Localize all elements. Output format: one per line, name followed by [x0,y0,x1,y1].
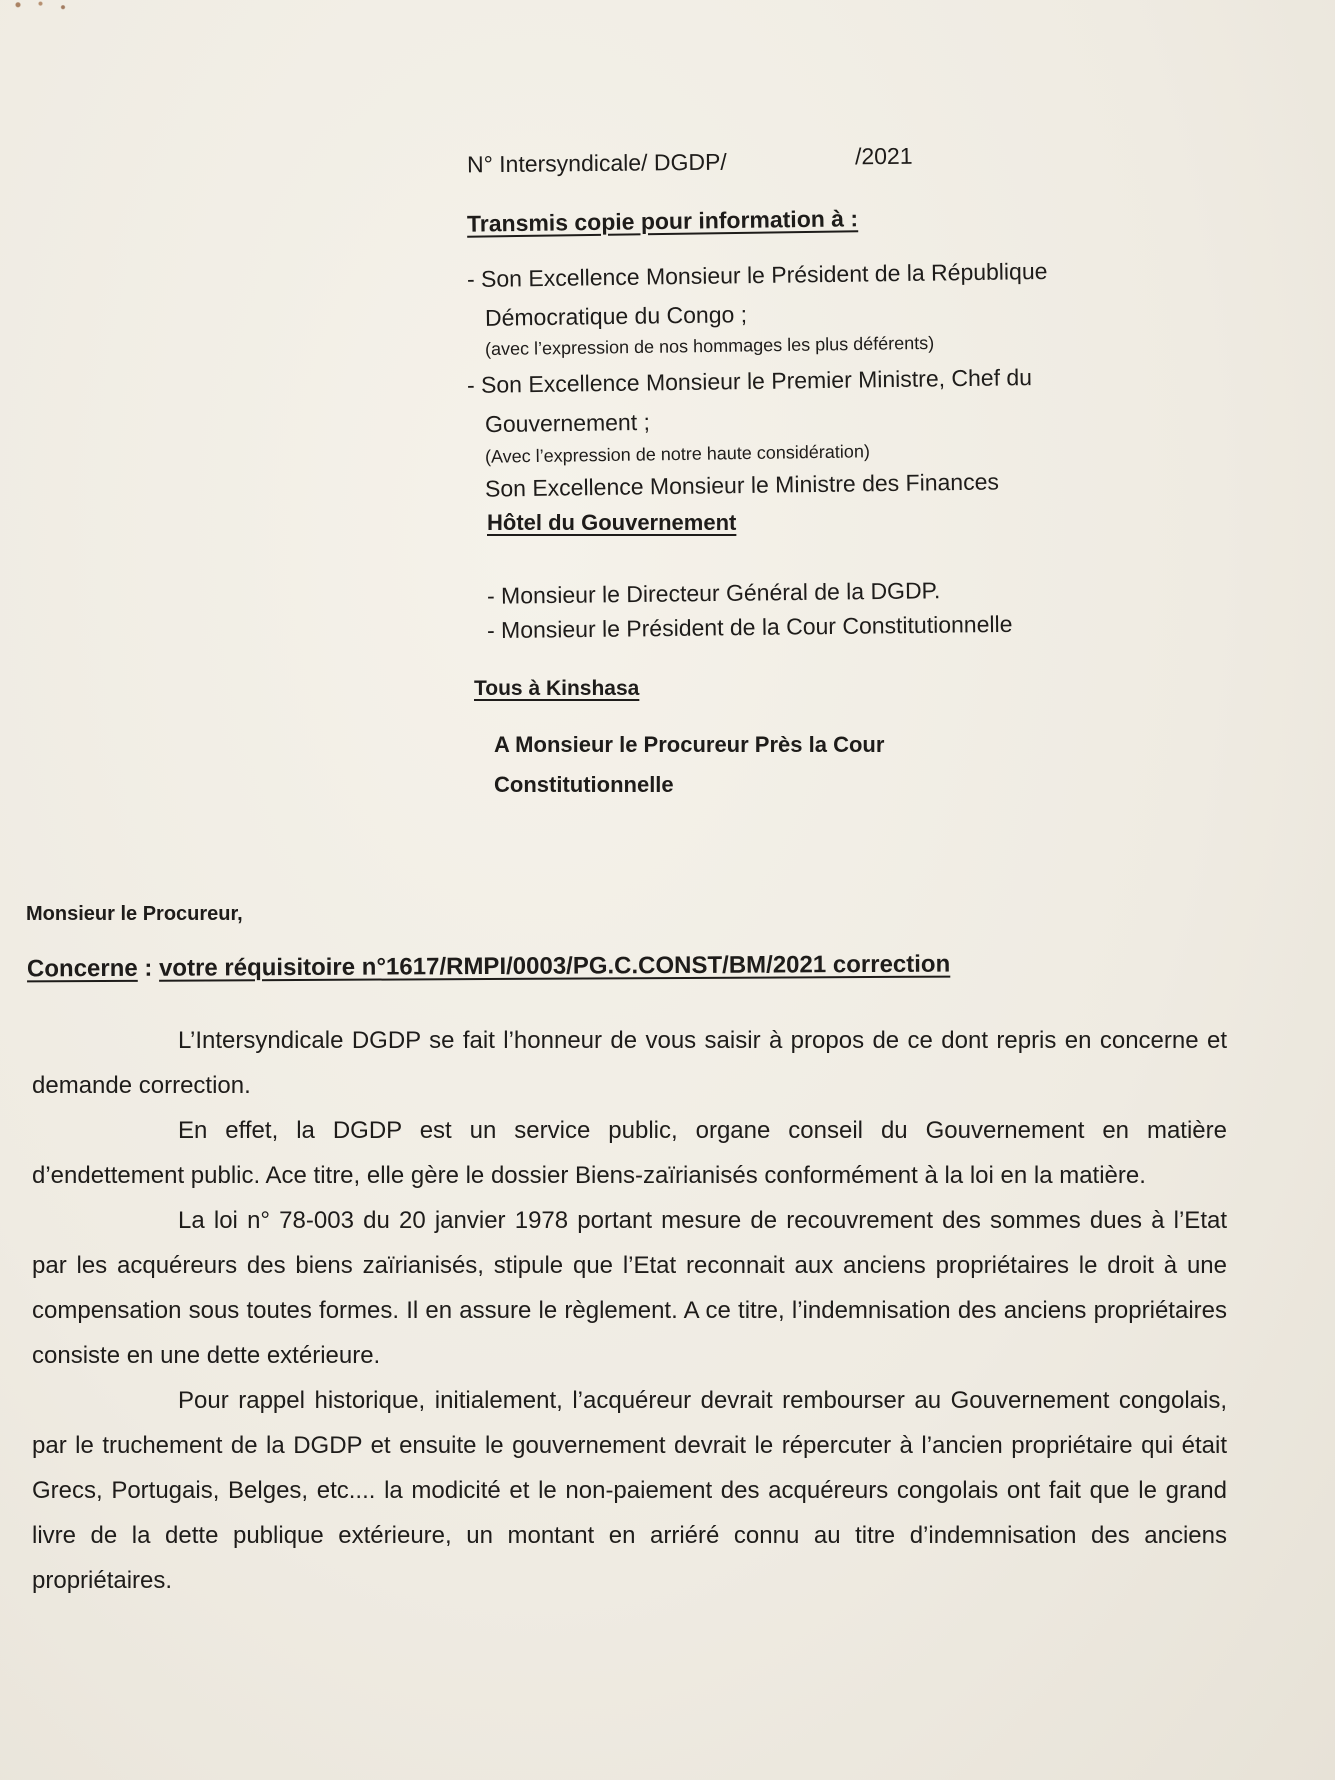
cc-recipient-court-president: - Monsieur le Président de la Cour Const… [487,611,1013,644]
cc-recipient-prime-minister-note: (Avec l’expression de notre haute consid… [485,441,870,467]
cc-recipient-finance-address: Hôtel du Gouvernement [487,510,736,536]
cc-recipient-finance-minister: Son Excellence Monsieur le Ministre des … [485,468,999,502]
paragraph-law: La loi n° 78-003 du 20 janvier 1978 port… [32,1198,1227,1378]
cc-recipient-prime-minister-line2: Gouvernement ; [485,409,650,438]
document-page: N° Intersyndicale/ DGDP/ /2021 Transmis … [0,0,1335,1780]
reference-year: /2021 [855,143,913,171]
addressee-line1: A Monsieur le Procureur Près la Cour [494,732,884,758]
addressee-line2: Constitutionnelle [494,772,674,798]
reference-prefix: N° Intersyndicale/ DGDP/ [467,149,727,178]
subject-line: Concerne : votre réquisitoire n°1617/RMP… [27,951,950,984]
paragraph-history: Pour rappel historique, initialement, l’… [32,1378,1227,1603]
letter-body: L’Intersyndicale DGDP se fait l’honneur … [32,1018,1227,1603]
paragraph-intro: L’Intersyndicale DGDP se fait l’honneur … [32,1018,1227,1108]
cc-recipient-president-line2: Démocratique du Congo ; [485,301,747,332]
paragraph-dgdp-role: En effet, la DGDP est un service public,… [32,1108,1227,1198]
cc-recipient-president-note: (avec l’expression de nos hommages les p… [485,333,934,360]
subject-label: Concerne [27,955,138,983]
paper-stain [0,0,90,12]
location-line: Tous à Kinshasa [474,677,639,701]
cc-recipient-prime-minister: - Son Excellence Monsieur le Premier Min… [467,364,1032,399]
reference-number: N° Intersyndicale/ DGDP/ [467,149,727,179]
cc-recipient-director-general: - Monsieur le Directeur Général de la DG… [487,577,941,610]
subject-text: votre réquisitoire n°1617/RMPI/0003/PG.C… [159,951,950,982]
cc-recipient-president: - Son Excellence Monsieur le Président d… [467,258,1048,293]
subject-separator: : [138,955,159,982]
cc-heading: Transmis copie pour information à : [467,205,858,237]
salutation: Monsieur le Procureur, [26,903,243,926]
